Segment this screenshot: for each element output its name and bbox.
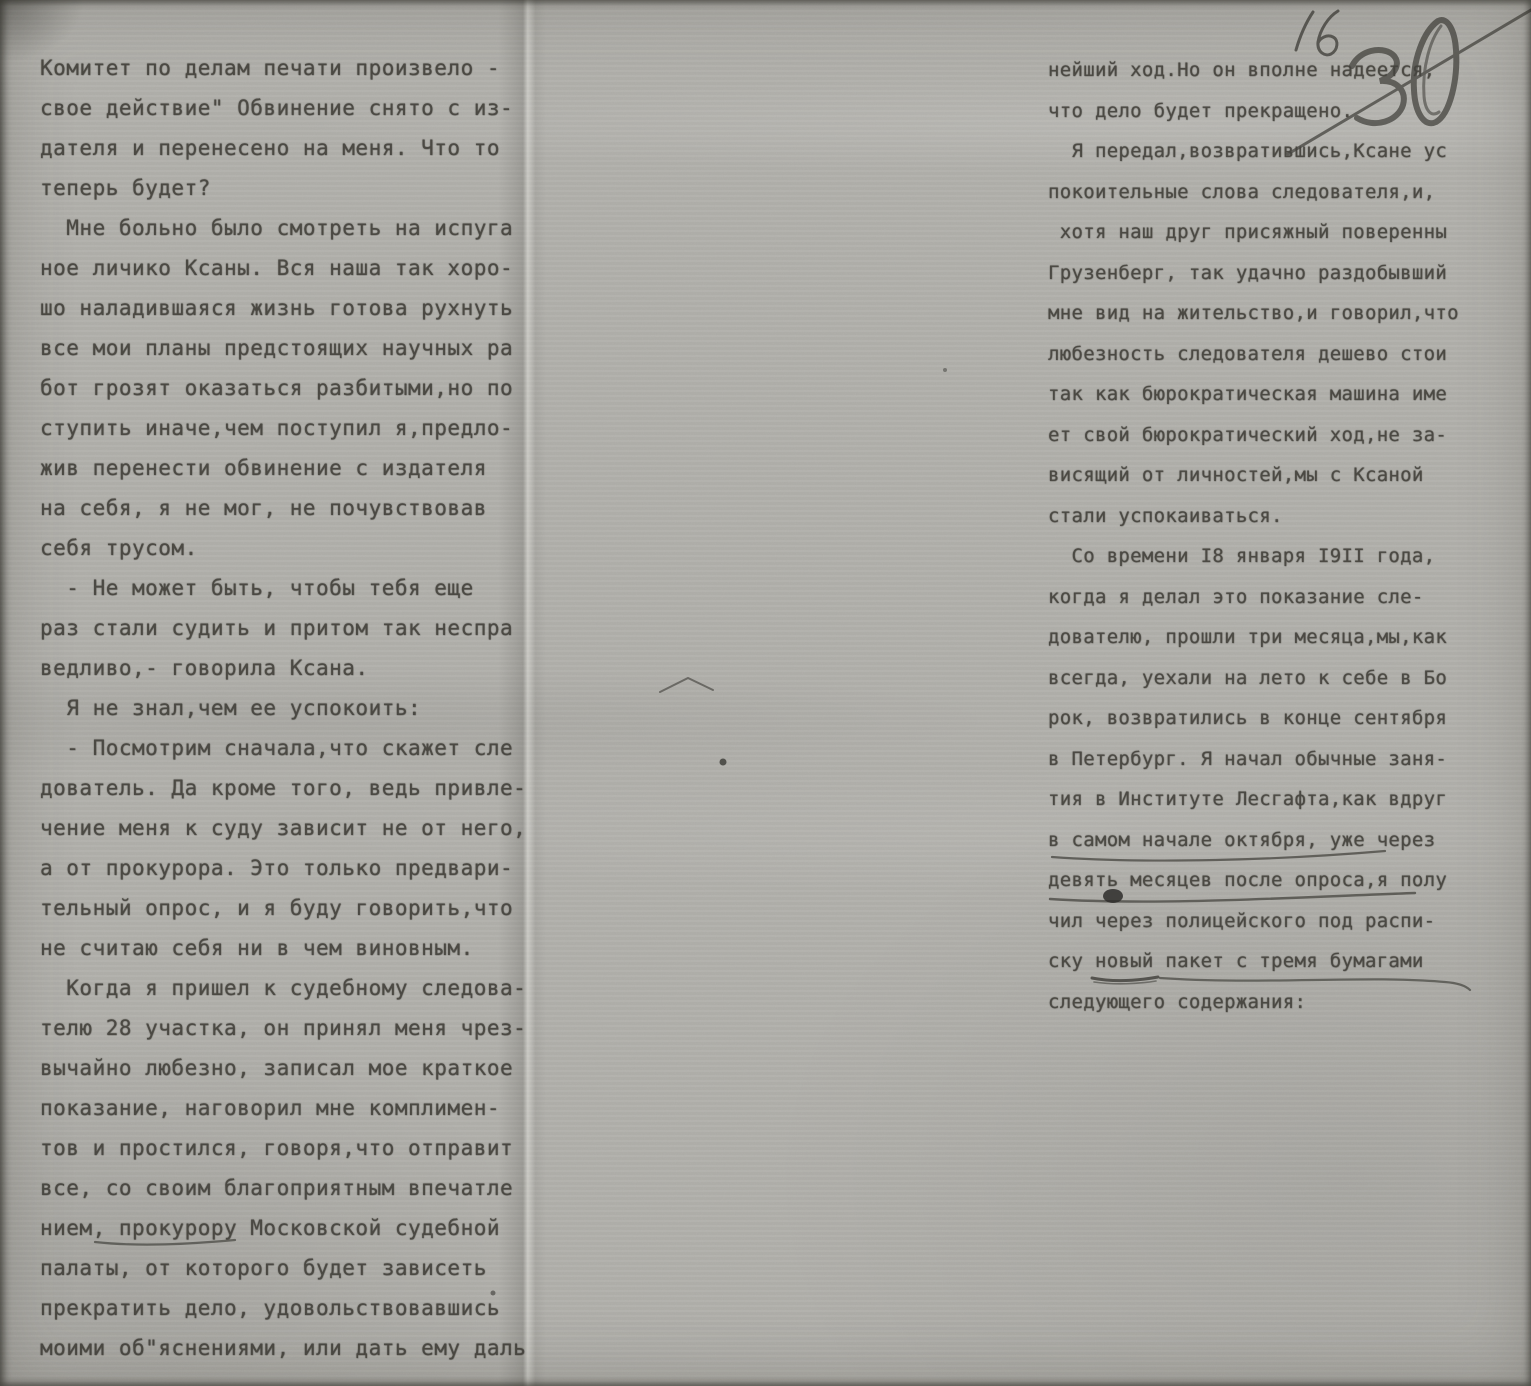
text-line: следующего содержания: [1048, 982, 1518, 1023]
caret-mark [660, 678, 713, 692]
text-line: вычайно любезно, записал мое краткое [40, 1048, 560, 1088]
text-line: Со времени I8 января I9II года, [1048, 536, 1518, 577]
text-line: Когда я пришел к судебному следова- [40, 968, 560, 1008]
text-line: так как бюрократическая машина име [1048, 374, 1518, 415]
text-line: Грузенберг, так удачно раздобывший [1048, 253, 1518, 294]
text-line: мне вид на жительство,и говорил,что [1048, 293, 1518, 334]
text-line: показание, наговорил мне комплимен- [40, 1088, 560, 1128]
text-line: дователю, прошли три месяца,мы,как [1048, 617, 1518, 658]
text-line: стали успокаиваться. [1048, 496, 1518, 537]
text-line: всегда, уехали на лето к себе в Бо [1048, 658, 1518, 699]
text-line: ску новый пакет с тремя бумагами [1048, 941, 1518, 982]
text-line: нейший ход.Но он вполне надеется, [1048, 50, 1518, 91]
text-line: рок, возвратились в конце сентября [1048, 698, 1518, 739]
text-line: свое действие" Обвинение снято с из- [40, 88, 560, 128]
text-line: ет свой бюрократический ход,не за- [1048, 415, 1518, 456]
handwritten-page-number-16 [1296, 11, 1338, 55]
text-line: тельный опрос, и я буду говорить,что [40, 888, 560, 928]
left-text-column: Комитет по делам печати произвело -свое … [40, 48, 560, 1368]
text-line: прекратить дело, удовольствовавшись [40, 1288, 560, 1328]
text-line: тия в Институте Лесгафта,как вдруг [1048, 779, 1518, 820]
dark-speck [720, 759, 727, 766]
text-line: - Посмотрим сначала,что скажет сле [40, 728, 560, 768]
text-line: в Петербург. Я начал обычные заня- [1048, 739, 1518, 780]
text-line: девять месяцев после опроса,я полу [1048, 860, 1518, 901]
text-line: бот грозят оказаться разбитыми,но по [40, 368, 560, 408]
text-line: дователь. Да кроме того, ведь привле- [40, 768, 560, 808]
text-line: не считаю себя ни в чем виновным. [40, 928, 560, 968]
text-line: дателя и перенесено на меня. Что то [40, 128, 560, 168]
text-line: хотя наш друг присяжный поверенны [1048, 212, 1518, 253]
text-line: Я передал,возвратившись,Ксане ус [1048, 131, 1518, 172]
text-line: раз стали судить и притом так неспра [40, 608, 560, 648]
text-line: ведливо,- говорила Ксана. [40, 648, 560, 688]
text-line: Комитет по делам печати произвело - [40, 48, 560, 88]
text-line: Я не знал,чем ее успокоить: [40, 688, 560, 728]
right-text-column: нейший ход.Но он вполне надеется,что дел… [1048, 50, 1518, 1022]
text-line: себя трусом. [40, 528, 560, 568]
text-line: любезность следователя дешево стои [1048, 334, 1518, 375]
text-line: моими об"яснениями, или дать ему даль [40, 1328, 560, 1368]
text-line: покоительные слова следователя,и, [1048, 172, 1518, 213]
text-line: шо наладившаяся жизнь готова рухнуть [40, 288, 560, 328]
text-line: Мне больно было смотреть на испуга [40, 208, 560, 248]
text-line: чил через полицейского под распи- [1048, 901, 1518, 942]
text-line: что дело будет прекращено. [1048, 91, 1518, 132]
text-line: нием, прокурору Московской судебной [40, 1208, 560, 1248]
text-line: телю 28 участка, он принял меня чрез- [40, 1008, 560, 1048]
text-line: висящий от личностей,мы с Ксаной [1048, 455, 1518, 496]
text-line: чение меня к суду зависит не от него, [40, 808, 560, 848]
scanned-document-page: Комитет по делам печати произвело -свое … [0, 0, 1531, 1386]
text-line: в самом начале октября, уже через [1048, 820, 1518, 861]
text-line: на себя, я не мог, не почувствовав [40, 488, 560, 528]
text-line: теперь будет? [40, 168, 560, 208]
text-line: ступить иначе,чем поступил я,предло- [40, 408, 560, 448]
text-line: - Не может быть, чтобы тебя еще [40, 568, 560, 608]
text-line: палаты, от которого будет зависеть [40, 1248, 560, 1288]
text-line: жив перенести обвинение с издателя [40, 448, 560, 488]
text-line: а от прокурора. Это только предвари- [40, 848, 560, 888]
text-line: все, со своим благоприятным впечатле [40, 1168, 560, 1208]
text-line: ное личико Ксаны. Вся наша так хоро- [40, 248, 560, 288]
text-line: когда я делал это показание сле- [1048, 577, 1518, 618]
text-line: тов и простился, говоря,что отправит [40, 1128, 560, 1168]
text-line: все мои планы предстоящих научных ра [40, 328, 560, 368]
